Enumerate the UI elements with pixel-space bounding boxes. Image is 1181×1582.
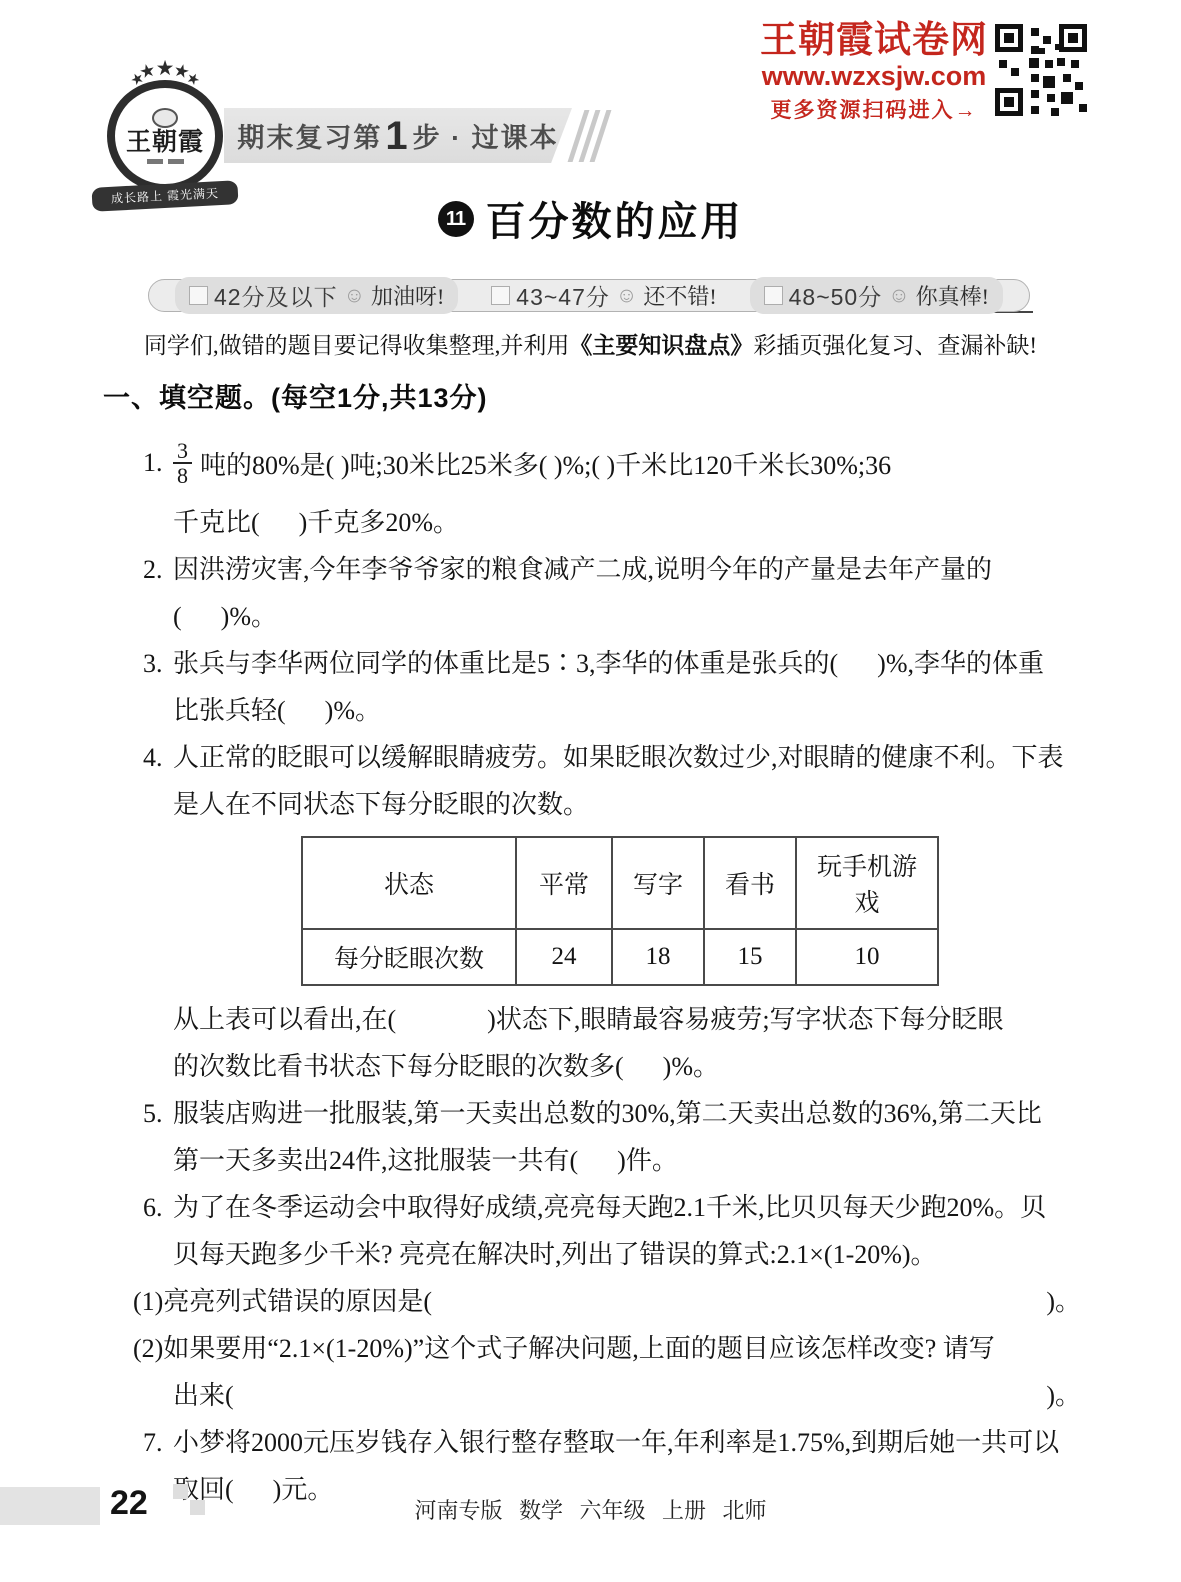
question-5-line-1: 5. 服装店购进一批服装,第一天卖出总数的30%,第二天卖出总数的36%,第二天… — [143, 1090, 1081, 1137]
step-banner-suffix: 步 · 过课本 — [413, 116, 559, 155]
table-header-cell: 写字 — [612, 837, 704, 929]
score-option-high: 48~50分 ☺ 你真棒! — [750, 277, 1003, 314]
question-6-sub-1: (1)亮亮列式错误的原因是( )。 — [133, 1278, 1081, 1325]
question-4-line-1: 4. 人正常的眨眼可以缓解眼睛疲劳。如果眨眼次数过少,对眼睛的健康不利。下表 — [143, 734, 1081, 781]
question-list: 1. 3 8 吨的80%是( )吨;30米比25米多( )%;( )千米比120… — [103, 427, 1081, 1513]
question-text: (2)如果要用“2.1×(1-20%)”这个式子解决问题,上面的题目应该怎样改变… — [133, 1325, 1081, 1372]
question-4-line-2: 是人在不同状态下每分眨眼的次数。 — [143, 781, 1081, 828]
table-cell: 15 — [704, 929, 796, 985]
site-url: www.wzxsjw.com — [760, 61, 988, 92]
tip-pre: 同学们,做错的题目要记得收集整理,并利用 — [144, 333, 570, 358]
question-6-sub-2-line-1: (2)如果要用“2.1×(1-20%)”这个式子解决问题,上面的题目应该怎样改变… — [133, 1325, 1081, 1372]
question-text: 小梦将2000元压岁钱存入银行整存整取一年,年利率是1.75%,到期后她一共可以 — [173, 1419, 1081, 1466]
table-header-cell: 看书 — [704, 837, 796, 929]
star-icons: ★★★★★ — [96, 56, 234, 81]
lesson-number-badge: 11 — [438, 201, 474, 237]
question-number: 7. — [143, 1419, 173, 1466]
score-range: 48~50分 — [789, 279, 883, 312]
table-header-cell: 状态 — [302, 837, 516, 929]
qr-code-icon — [995, 24, 1087, 116]
logo-ring: 王朝霞 — [107, 80, 223, 192]
step-banner-prefix: 期末复习第 — [237, 116, 382, 155]
tip-book-title: 《主要知识盘点》 — [569, 333, 753, 358]
question-number: 4. — [143, 734, 173, 781]
score-praise: 加油呀! — [371, 280, 444, 311]
question-text: 比张兵轻( )%。 — [173, 687, 1081, 734]
question-2-line-1: 2. 因洪涝灾害,今年李爷爷家的粮食减产二成,说明今年的产量是去年产量的 — [143, 546, 1081, 593]
question-text: 贝每天跑多少千米? 亮亮在解决时,列出了错误的算式:2.1×(1-20%)。 — [173, 1231, 1081, 1278]
page-title: 百分数的应用 — [486, 190, 744, 247]
question-4-after-line-2: 的次数比看书状态下每分眨眼的次数多( )%。 — [143, 1043, 1081, 1090]
table-data-row: 每分眨眼次数 24 18 15 10 — [302, 929, 938, 985]
fraction-denominator: 8 — [173, 462, 192, 487]
question-2-line-2: ( )%。 — [143, 593, 1081, 640]
score-praise: 还不错! — [643, 280, 716, 311]
banner-stripes — [572, 110, 612, 160]
step-banner: 期末复习第1步 · 过课本 — [224, 108, 572, 163]
table-header-cell: 玩手机游戏 — [796, 837, 938, 929]
question-6-sub-2-line-2: 出来( )。 — [143, 1372, 1081, 1419]
question-number: 3. — [143, 640, 173, 687]
question-text: )。 — [1046, 1372, 1081, 1419]
table-cell: 10 — [796, 929, 938, 985]
tip-post: 彩插页强化复习、查漏补缺! — [753, 333, 1037, 358]
fraction: 3 8 — [173, 439, 192, 487]
logo-title: 王朝霞 — [126, 130, 204, 155]
table-cell: 24 — [516, 929, 612, 985]
question-text: )。 — [1046, 1278, 1081, 1325]
score-option-mid: 43~47分 ☺ 还不错! — [477, 277, 730, 314]
table-header-row: 状态 平常 写字 看书 玩手机游戏 — [302, 837, 938, 929]
question-6-line-1: 6. 为了在冬季运动会中取得好成绩,亮亮每天跑2.1千米,比贝贝每天少跑20%。… — [143, 1184, 1081, 1231]
question-4-after-line-1: 从上表可以看出,在( )状态下,眼睛最容易疲劳;写字状态下每分眨眼 — [143, 996, 1081, 1043]
score-checkbox-mid[interactable] — [491, 286, 510, 305]
question-number: 6. — [143, 1184, 173, 1231]
question-3-line-2: 比张兵轻( )%。 — [143, 687, 1081, 734]
table-cell: 每分眨眼次数 — [302, 929, 516, 985]
question-1-line-1: 1. 3 8 吨的80%是( )吨;30米比25米多( )%;( )千米比120… — [143, 427, 1081, 499]
section-heading: 一、填空题。(每空1分,共13分) — [103, 376, 1081, 415]
logo-badge: ★★★★★ 王朝霞 成长路上 霞光满天 — [96, 58, 234, 200]
title-row: 11百分数的应用 — [0, 190, 1181, 247]
site-block: 王朝霞试卷网 www.wzxsjw.com 更多资源扫码进入→ — [760, 20, 988, 124]
question-7-line-1: 7. 小梦将2000元压岁钱存入银行整存整取一年,年利率是1.75%,到期后她一… — [143, 1419, 1081, 1466]
tip-line: 同学们,做错的题目要记得收集整理,并利用《主要知识盘点》彩插页强化复习、查漏补缺… — [0, 327, 1181, 360]
question-text: 是人在不同状态下每分眨眼的次数。 — [173, 781, 1081, 828]
smiley-icon: ☺ — [616, 285, 637, 306]
smiley-icon: ☺ — [888, 285, 909, 306]
question-text: (1)亮亮列式错误的原因是( — [133, 1278, 432, 1325]
question-number: 1. — [143, 448, 173, 478]
question-number: 2. — [143, 546, 173, 593]
score-range: 42分及以下 — [214, 279, 338, 312]
logo-small-marks — [147, 159, 184, 164]
site-name: 王朝霞试卷网 — [760, 20, 988, 61]
score-praise: 你真棒! — [916, 280, 989, 311]
blink-table: 状态 平常 写字 看书 玩手机游戏 每分眨眼次数 24 18 15 10 — [301, 836, 939, 986]
question-3-line-1: 3. 张兵与李华两位同学的体重比是5∶3,李华的体重是张兵的( )%,李华的体重 — [143, 640, 1081, 687]
score-checkbox-high[interactable] — [764, 286, 783, 305]
question-text: 第一天多卖出24件,这批服装一共有( )件。 — [173, 1137, 1081, 1184]
footer-info: 河南专版 数学 六年级 上册 北师 — [0, 1494, 1181, 1525]
question-text: 张兵与李华两位同学的体重比是5∶3,李华的体重是张兵的( )%,李华的体重 — [173, 640, 1081, 687]
scan-hint: 更多资源扫码进入→ — [760, 94, 988, 124]
score-checkbox-low[interactable] — [189, 286, 208, 305]
table-header-cell: 平常 — [516, 837, 612, 929]
score-option-low: 42分及以下 ☺ 加油呀! — [175, 277, 458, 314]
question-text: 吨的80%是( )吨;30米比25米多( )%;( )千米比120千米长30%;… — [200, 445, 891, 482]
question-text: 的次数比看书状态下每分眨眼的次数多( )%。 — [173, 1043, 1081, 1090]
question-text: 千克比( )千克多20%。 — [173, 499, 1081, 546]
step-number: 1 — [385, 116, 409, 156]
question-text: ( )%。 — [173, 593, 1081, 640]
question-text: 人正常的眨眼可以缓解眼睛疲劳。如果眨眼次数过少,对眼睛的健康不利。下表 — [173, 734, 1081, 781]
main-content: 一、填空题。(每空1分,共13分) 1. 3 8 吨的80%是( )吨;30米比… — [103, 376, 1081, 1513]
table-cell: 18 — [612, 929, 704, 985]
question-text: 从上表可以看出,在( )状态下,眼睛最容易疲劳;写字状态下每分眨眼 — [173, 996, 1081, 1043]
portrait-icon — [152, 108, 178, 128]
test-paper-page: ★★★★★ 王朝霞 成长路上 霞光满天 期末复习第1步 · 过课本 王朝霞试卷网… — [0, 0, 1181, 1582]
question-6-line-2: 贝每天跑多少千米? 亮亮在解决时,列出了错误的算式:2.1×(1-20%)。 — [143, 1231, 1081, 1278]
question-text: 出来( — [173, 1372, 234, 1419]
fraction-numerator: 3 — [173, 439, 192, 462]
question-text: 服装店购进一批服装,第一天卖出总数的30%,第二天卖出总数的36%,第二天比 — [173, 1090, 1081, 1137]
score-range: 43~47分 — [516, 279, 610, 312]
question-number: 5. — [143, 1090, 173, 1137]
question-text: 为了在冬季运动会中取得好成绩,亮亮每天跑2.1千米,比贝贝每天少跑20%。贝 — [173, 1184, 1081, 1231]
question-5-line-2: 第一天多卖出24件,这批服装一共有( )件。 — [143, 1137, 1081, 1184]
question-text: 因洪涝灾害,今年李爷爷家的粮食减产二成,说明今年的产量是去年产量的 — [173, 546, 1081, 593]
question-1-line-2: 千克比( )千克多20%。 — [143, 499, 1081, 546]
smiley-icon: ☺ — [344, 285, 365, 306]
score-band: 42分及以下 ☺ 加油呀! 43~47分 ☺ 还不错! 48~50分 ☺ 你真棒… — [148, 279, 1030, 312]
